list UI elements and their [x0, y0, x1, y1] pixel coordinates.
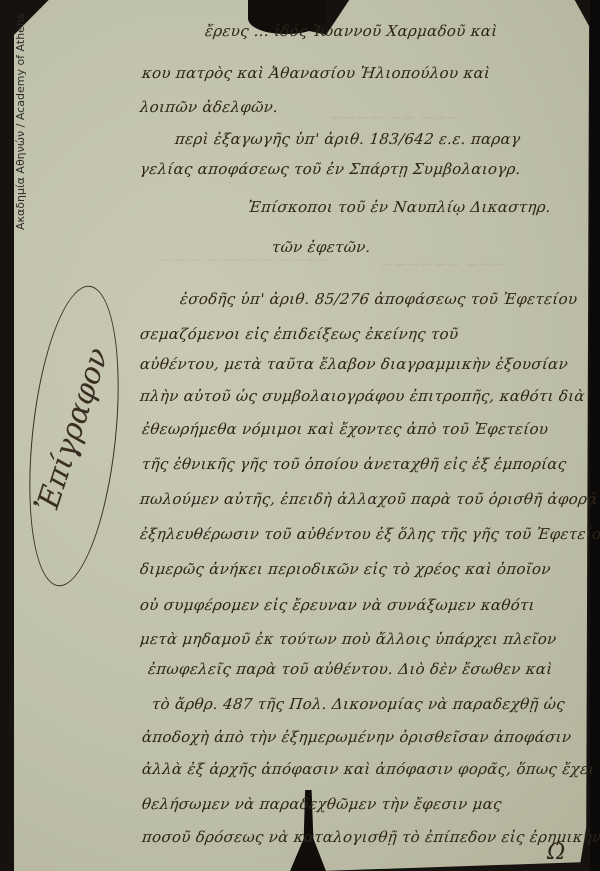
manuscript-line: πωλούμεν αὐτῆς, ἐπειδὴ ἀλλαχοῦ παρὰ τοῦ … — [139, 490, 600, 508]
manuscript-line: περὶ ἐξαγωγῆς ὑπ' ἀριθ. 183/642 ε.ε. παρ… — [174, 130, 521, 148]
scan-edge — [590, 0, 600, 871]
bleed-through-text: ~~~ ~~ ~~~~ — [330, 108, 461, 127]
manuscript-line: ἐσοδῆς ὑπ' ἀριθ. 85/276 ἀποφάσεως τοῦ Ἐφ… — [179, 290, 578, 308]
manuscript-line: τῶν ἐφετῶν. — [271, 238, 372, 256]
manuscript-line: πλὴν αὐτοῦ ὡς συμβολαιογράφου ἐπιτροπῆς,… — [139, 387, 586, 405]
manuscript-line: ποσοῦ δρόσεως νὰ καταλογισθῇ τὸ ἐπίπεδον… — [141, 828, 600, 846]
manuscript-line: θελήσωμεν νὰ παραδεχθῶμεν τὴν ἔφεσιν μας — [141, 795, 503, 813]
manuscript-line: κου πατρὸς καὶ Ἀθανασίου Ἡλιοπούλου καὶ — [141, 64, 491, 82]
manuscript-line: λοιπῶν ἀδελφῶν. — [139, 98, 279, 116]
manuscript-line: ἔρευς ... ἰδός Ἰωαννοῦ Χαρμαδοῦ καὶ — [204, 22, 498, 40]
manuscript-line: διμερῶς ἀνήκει περιοδικῶν εἰς τὸ χρέος κ… — [139, 560, 552, 578]
manuscript-line: γελίας αποφάσεως τοῦ ἐν Σπάρτῃ Συμβολαιο… — [139, 160, 522, 178]
manuscript-line: ἀλλὰ ἐξ ἀρχῆς ἀπόφασιν καὶ ἀπόφασιν φορᾶ… — [141, 760, 596, 778]
manuscript-line: μετὰ μηδαμοῦ ἐκ τούτων ποὺ ἄλλοις ὑπάρχε… — [139, 630, 558, 648]
manuscript-line: Ἐπίσκοποι τοῦ ἐν Ναυπλίῳ Δικαστηρ. — [247, 198, 552, 216]
manuscript-line: ἐπωφελεῖς παρὰ τοῦ αὐθέντου. Διὸ δὲν ἔσω… — [147, 660, 553, 678]
bleed-through-text: ~~~ ~~~~~~ — [380, 255, 506, 274]
manuscript-line: ἐθεωρήμεθα νόμιμοι καὶ ἔχοντες ἀπὸ τοῦ Ἐ… — [141, 420, 549, 438]
manuscript-line: τῆς ἐθνικῆς γῆς τοῦ ὁποίου ἀνεταχθῆ εἰς … — [141, 455, 567, 473]
manuscript-line: ἀποδοχὴ ἀπὸ τὴν ἐξημερωμένην ὁρισθεῖσαν … — [141, 728, 572, 746]
manuscript-line: αὐθέντου, μετὰ ταῦτα ἔλαβον διαγραμμικὴν… — [139, 355, 569, 373]
closing-flourish: Ω — [547, 840, 565, 865]
manuscript-line: ἐξηλευθέρωσιν τοῦ αὐθέντου ἐξ ὅλης τῆς γ… — [139, 525, 600, 543]
manuscript-line: οὐ συμφέρομεν εἰς ἔρευναν νὰ συνάξωμεν κ… — [139, 596, 536, 614]
manuscript-line: σεμαζόμενοι εἰς ἐπιδείξεως ἐκείνης τοῦ — [139, 325, 459, 343]
manuscript-line: τὸ ἄρθρ. 487 τῆς Πολ. Δικονομίας νὰ παρα… — [151, 695, 566, 713]
archive-watermark: Ακαδημία Αθηνών / Academy of Athens — [14, 10, 27, 230]
